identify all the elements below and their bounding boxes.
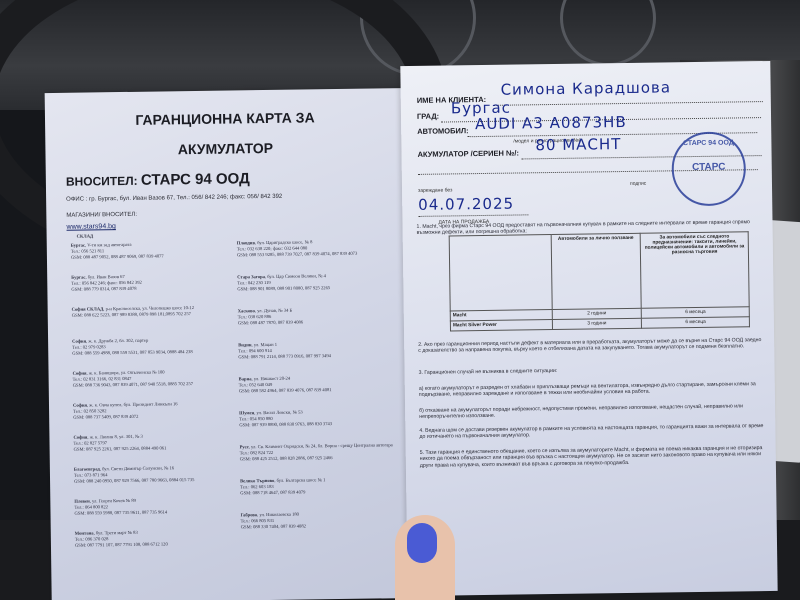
car-label: АВТОМОБИЛ: — [417, 126, 469, 136]
website-link[interactable]: www.stars94.bg — [66, 223, 116, 231]
store-gsm: GSM: 088 582 4964, 087 839 4076, 087 839… — [239, 386, 404, 394]
store-gsm: GSM: 088 487 9052, 088 487 9069, 087 839… — [71, 252, 236, 260]
store-entry: София, ж. к. Люлин 8, ул. 301, № 3Тел.: … — [73, 432, 238, 452]
table-header — [449, 235, 552, 311]
store-entry: Пловдив, бул. Цариградско шосе, № 8Тел.:… — [237, 238, 402, 258]
store-entry: Бургас, бул. Иван Вазов 67Тел.: 056 842 … — [71, 272, 236, 292]
store-gsm: GSM: 088 901 8089, 088 901 8080, 087 925… — [237, 284, 402, 292]
store-gsm: GSM: 088 425 2512, 088 828 2886, 087 925… — [240, 454, 405, 462]
table-header: За автомобили със следното предназначени… — [641, 232, 750, 308]
title-line-2: АКУМУЛАТОР — [45, 138, 405, 159]
battery-label: АКУМУЛАТОР /СЕРИЕН №/: — [417, 148, 519, 158]
store-address: бул. Цариградско шосе, № 8 — [257, 239, 312, 245]
table-cell: Macht Silver Power — [450, 320, 552, 331]
right-page: ИМЕ НА КЛИЕНТА: Симона Карадшова ГРАД: Б… — [400, 61, 777, 596]
store-address: ж. к. Овча купел, бул. Президент Линкълн… — [89, 401, 177, 407]
store-name: Благоевград — [74, 466, 100, 471]
store-entry: Шумен, ул. Васил Левски, № 53Тел.: 054 8… — [239, 408, 404, 428]
table-cell: 3 години — [552, 318, 642, 329]
store-name: София — [73, 403, 87, 408]
signature-label: подпис — [630, 181, 646, 187]
store-address: ж. к. Банишора, ул. Опълченска № 100 — [89, 369, 165, 375]
store-entry: София, ж. к. Овча купел, бул. Президент … — [73, 400, 238, 420]
store-gsm: GSM: 088 718 4647, 087 839 4079 — [240, 488, 405, 496]
store-gsm: GSM: 088 559 5988, 087 735 9611, 087 735… — [74, 508, 239, 516]
city-label: ГРАД: — [417, 112, 439, 121]
store-gsm: GSM: 088 240 0950, 087 929 7566, 087 780… — [74, 476, 239, 484]
store-address: ул. Георги Кочев № 89 — [92, 498, 136, 504]
store-address: ул. Нишкост 20-24 — [254, 376, 290, 382]
store-address: ж. к. Дружба 2, бл. 302, партер — [88, 338, 148, 344]
office-address: ОФИС : гр. Бургас, бул. Иван Вазов 67, Т… — [66, 194, 282, 203]
store-name: Габрово — [241, 512, 258, 517]
store-gsm: GSM: 088 736 9043, 087 839 4071, 087 940… — [73, 380, 238, 388]
store-name: Бургас — [71, 275, 85, 280]
warehouse-label: СКЛАД — [77, 231, 242, 239]
store-gsm: GSM: 087 7791 107, 087 7791 108, 088 671… — [75, 540, 240, 548]
store-name: Видин — [238, 342, 251, 347]
warranty-table: Автомобили за лично ползване За автомоби… — [449, 231, 750, 331]
charge-label: зареждане без — [418, 187, 452, 193]
store-name: Хасково — [238, 308, 255, 313]
store-address: ул. Васил Левски, № 53 — [256, 410, 302, 416]
importer-name: СТАРС 94 ООД — [141, 170, 250, 189]
term-4: 4. Веднага щом се достави резервен акуму… — [419, 423, 764, 441]
store-entry: София, ж. к. Дружба 2, бл. 302, партерТе… — [72, 336, 237, 356]
table-cell: 6 месеца — [642, 317, 750, 329]
importer-label: ВНОСИТЕЛ: — [66, 174, 138, 189]
store-entry: София СКЛАД, р-н Красноселска, ул. Челоп… — [72, 304, 237, 318]
store-entry: Монтана, бул. Трети март № 83Тел.: 096 3… — [75, 528, 240, 548]
store-gsm: GSM: 088 791 2114, 088 773 0916, 087 997… — [238, 352, 403, 360]
store-name: Бургас — [71, 243, 85, 248]
store-gsm: GSM: 088 779 0314, 087 839 4078 — [71, 284, 236, 292]
store-address: ул. Дунав, № 34 Б — [257, 308, 292, 313]
store-address: бул. Свети Димитър Солунски, № 16 — [102, 465, 174, 471]
store-gsm: GSM: 087 939 8890, 088 830 9763, 088 830… — [239, 420, 404, 428]
client-value: Симона Карадшова — [501, 78, 672, 98]
store-address: ул. Николаевска 180 — [259, 512, 299, 518]
store-address: бул. Иван Вазов 67 — [88, 274, 125, 280]
car-value: AUDI A3 А0873НВ — [475, 113, 627, 133]
store-address: ул. Мацан 1 — [254, 342, 277, 347]
store-entry: Стара Загора, бул. Цар Симеон Велики, № … — [237, 272, 402, 292]
client-line — [493, 101, 763, 106]
table-header: Автомобили за лично ползване — [551, 233, 642, 309]
stores-label: МАГАЗИНИ/ ВНОСИТЕЛ: — [66, 212, 137, 219]
store-name: София — [73, 435, 87, 440]
store-gsm: GSM: 088 622 5223, 087 989 8388, 0879 89… — [72, 310, 237, 318]
store-gsm: GSM: 088 553 9285, 088 739 7027, 087 839… — [237, 250, 402, 258]
store-gsm: GSM: 088 330 7404, 087 839 4082 — [241, 522, 406, 530]
store-name: Шумен — [239, 410, 254, 415]
stamp-ring-text: СТАРС 94 ООД — [673, 139, 743, 147]
left-page: ГАРАНЦИОННА КАРТА ЗА АКУМУЛАТОР ВНОСИТЕЛ… — [45, 88, 412, 600]
store-gsm: GSM: 088 487 7870, 087 839 4086 — [238, 318, 403, 326]
company-stamp: СТАРС 94 ООД СТАРС — [671, 131, 746, 206]
store-gsm: GSM: 088 737 5409, 087 839 4072 — [73, 412, 238, 420]
finger — [395, 515, 455, 600]
stamp-center-text: СТАРС — [674, 161, 744, 173]
store-gsm: GSM: 087 925 2261, 087 925 2264, 0884 49… — [74, 444, 239, 452]
store-entry: Плевен, ул. Георги Кочев № 89Тел.: 064 8… — [74, 496, 239, 516]
store-name: Стара Загора — [237, 274, 265, 279]
store-name: Варна — [239, 376, 252, 381]
table-header-row: Автомобили за лично ползване За автомоби… — [449, 232, 749, 311]
store-address: ул. Св. Климент Охридски, № 24, бл. Ворн… — [251, 442, 393, 449]
battery-value: 80 МАСНТ — [535, 135, 621, 154]
store-address: V-ти км зад автогарата — [87, 242, 131, 248]
store-entry: Хасково, ул. Дунав, № 34 БТел.: 038 620 … — [238, 306, 403, 326]
store-entry: Велико Търново, бул. Българска шосе № 1Т… — [240, 476, 405, 496]
store-entry: Варна, ул. Нишкост 20-24Тел.: 052 640 04… — [239, 374, 404, 394]
store-address: бул. Цар Симеон Велики, № 4 — [267, 273, 326, 279]
term-3: 3. Гаранционен случай не възниква в след… — [419, 365, 764, 376]
date-line — [418, 214, 528, 217]
store-address: ж. к. Люлин 8, ул. 301, № 3 — [90, 434, 143, 440]
store-name: Пловдив — [237, 240, 255, 245]
store-name: София СКЛАД — [72, 306, 104, 311]
store-entry: Благоевград, бул. Свети Димитър Солунски… — [74, 464, 239, 484]
store-entry: Видин, ул. Мацан 1Тел.: 094 600 914GSM: … — [238, 340, 403, 360]
store-name: Русе — [240, 444, 249, 449]
importer: ВНОСИТЕЛ: СТАРС 94 ООД — [66, 170, 250, 190]
store-entry: Бургас, V-ти км зад автогаратаТел.: 056 … — [71, 240, 236, 260]
store-gsm: GSM: 088 559 4988, 088 559 5531, 087 853… — [72, 348, 237, 356]
term-3a: а) когато акумулаторът е разреден от хла… — [419, 381, 764, 399]
store-entry: Габрово, ул. Николаевска 180Тел.: 066 80… — [241, 510, 406, 530]
store-name: Плевен — [74, 499, 89, 504]
store-name: София — [73, 371, 87, 376]
store-address: бул. Трети март № 83 — [96, 530, 138, 536]
term-3b: б) отказване на акумулаторът поради небр… — [419, 403, 764, 421]
store-name: Велико Търново — [240, 478, 274, 483]
sale-date-value: 04.07.2025 — [418, 195, 514, 214]
title-line-1: ГАРАНЦИОННА КАРТА ЗА — [45, 108, 405, 129]
store-address: бул. Българска шосе № 1 — [277, 477, 326, 483]
store-entry: София, ж. к. Банишора, ул. Опълченска № … — [73, 368, 238, 388]
fingernail — [407, 523, 437, 563]
term-5: 5. Тази гаранция е единственото обещание… — [420, 445, 765, 469]
store-entry: Русе, ул. Св. Климент Охридски, № 24, бл… — [240, 442, 405, 462]
term-2: 2. Ако през гаранционния период настъпи … — [418, 337, 763, 355]
store-name: Монтана — [75, 530, 94, 535]
store-name: София — [72, 339, 86, 344]
